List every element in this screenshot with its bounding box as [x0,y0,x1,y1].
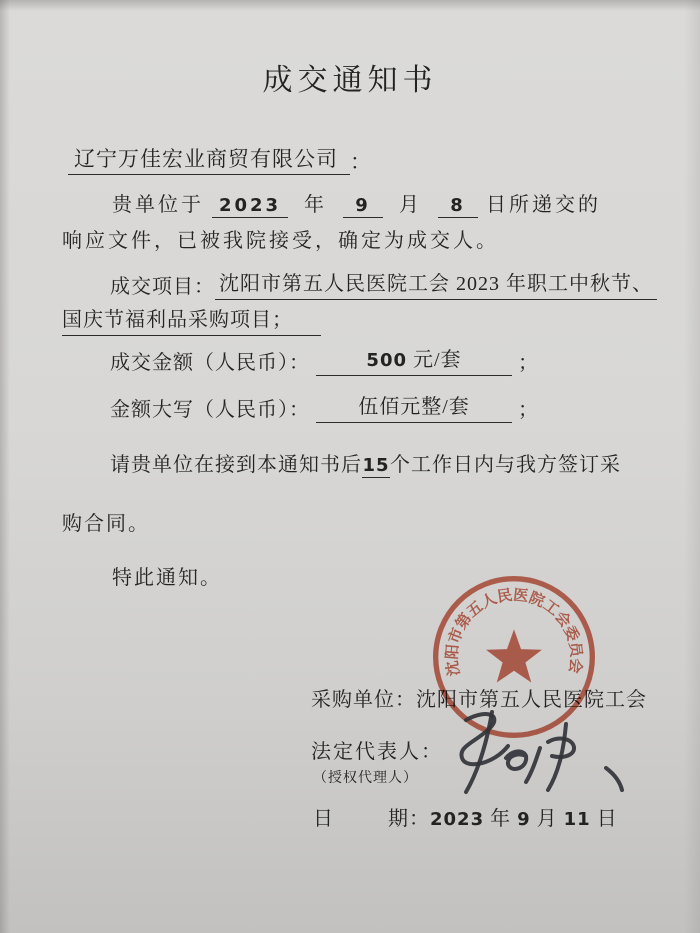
para2-lead: 请贵单位在接到本通知书后 [110,454,362,476]
closing-statement: 特此通知。 [112,566,222,591]
award-amount-label: 成交金额（人民币）： [110,352,310,374]
submission-month-blank: 9 [343,195,383,219]
contract-deadline-line-2: 购合同。 [62,512,150,537]
award-amount-line: 成交金额（人民币）： 500 元/套 ； [110,348,539,376]
date-day-unit: 日 [591,808,618,830]
award-amount-semicolon: ； [518,352,539,374]
date-month: 9 [517,809,531,830]
project-line-1: 成交项目：沈阳市第五人民医院工会 2023 年职工中秋节、 [110,272,657,300]
signature-stroke [526,748,540,782]
para2-tail: 个工作日内与我方签订采 [390,454,621,476]
amount-words-blank: 伍佰元整/套 [316,395,512,423]
project-name-part2: 国庆节福利品采购项目； [62,308,321,336]
submission-year-blank: 2023 [212,195,288,219]
award-amount-blank: 500 元/套 [316,348,512,376]
project-label: 成交项目： [110,276,215,298]
date-month-unit: 月 [531,808,564,830]
recipient-company-name: 辽宁万佳宏业商贸有限公司 [68,146,350,175]
amount-words-label: 金额大写（人民币）： [110,399,310,421]
date-char-qi: 期： [388,808,430,830]
submission-day-blank: 8 [438,195,478,219]
purchaser-label: 采购单位： [311,689,416,711]
recipient-line: 辽宁万佳宏业商贸有限公司： [68,146,372,175]
date-year-unit: 年 [484,808,517,830]
document-title: 成交通知书 [0,62,700,100]
date-day: 11 [564,809,591,830]
signature-stroke [606,768,622,790]
amount-words-semicolon: ； [518,399,539,421]
signature-stroke [506,751,526,769]
submission-date-line: 贵单位于 2023 年 9 月 8 日所递交的 [112,193,601,218]
star-icon [486,629,542,682]
date-year: 2023 [430,809,484,830]
project-name-part1: 沈阳市第五人民医院工会 2023 年职工中秋节、 [215,272,657,300]
authorized-agent-note: （授权代理人） [313,770,418,788]
acceptance-line: 响应文件，已被我院接受，确定为成交人。 [62,229,499,254]
project-line-2: 国庆节福利品采购项目； [62,308,321,336]
year-unit: 年 [304,194,327,216]
scanned-award-notice-page: 成交通知书 辽宁万佳宏业商贸有限公司： 贵单位于 2023 年 9 月 8 日所… [0,0,700,933]
handwritten-signature [448,706,648,801]
date-char-ri: 日 [313,808,334,830]
date-line: 日期：2023 年 9 月 11 日 [313,807,618,832]
contract-deadline-line: 请贵单位在接到本通知书后15个工作日内与我方签订采 [110,453,621,478]
working-days-blank: 15 [362,455,390,479]
para1-tail: 日所递交的 [486,194,601,216]
signature-stroke [466,712,492,792]
para1-lead: 贵单位于 [112,194,204,216]
legal-representative-line: 法定代表人： [311,740,443,765]
award-amount-unit: 元/套 [407,349,462,371]
award-amount-number: 500 [366,350,407,371]
month-unit: 月 [399,194,422,216]
recipient-colon: ： [350,150,372,174]
amount-in-words-line: 金额大写（人民币）： 伍佰元整/套 ； [110,395,539,423]
